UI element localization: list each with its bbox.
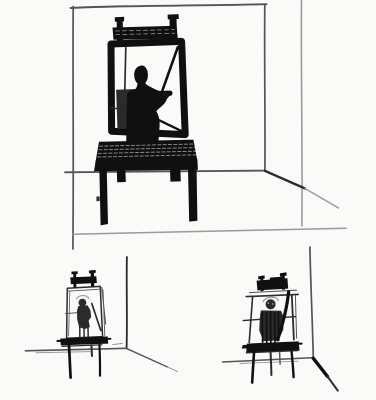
figure-face-speck: [267, 302, 269, 304]
chair-leg-front-right: [188, 169, 197, 221]
figure-hand: [167, 91, 172, 96]
sketch-svg: [0, 0, 376, 400]
figure-face-speck: [272, 303, 274, 305]
chair-leg-front-right: [99, 345, 100, 376]
chair-leg-middle: [91, 345, 92, 356]
sketch-page: [0, 0, 376, 400]
figure-head: [266, 299, 276, 309]
chair-leg-short: [280, 352, 281, 364]
chair-back-rail: [113, 26, 178, 40]
chair-back-rail: [70, 276, 97, 284]
frame-inner-vertical-line: [125, 48, 126, 90]
chair-leg-front-left: [69, 346, 71, 378]
chair-leg-middle: [271, 353, 272, 375]
chair-apron: [94, 159, 198, 172]
figure-head: [79, 299, 87, 307]
chair-leg-back-left: [117, 170, 126, 182]
right-border-line: [301, 0, 302, 226]
paper-grain-texture: [0, 0, 376, 400]
chair-leg-front-left: [99, 171, 108, 226]
chair-leg-back-right: [170, 169, 181, 181]
chair-leg-nub: [96, 196, 99, 201]
